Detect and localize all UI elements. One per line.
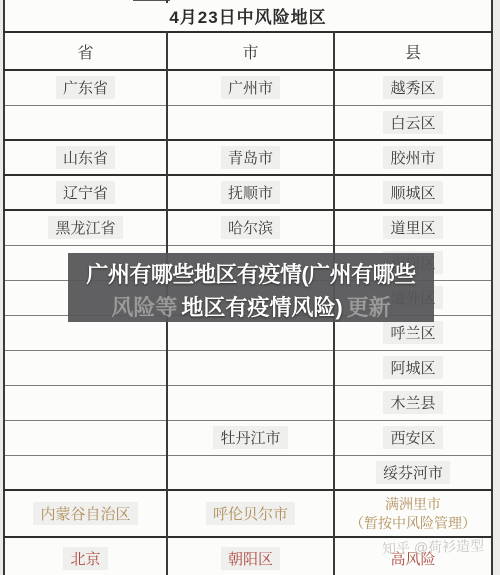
county-cell: 满洲里市 （暂按中风险管理）: [334, 490, 492, 537]
province-cell: [4, 105, 167, 140]
table-row: 白云区: [4, 105, 492, 140]
city-cell: 抚顺市: [167, 175, 334, 210]
background-watermark-left: 风险等: [111, 291, 177, 322]
headline-overlay: 广州有哪些地区有疫情(广州有哪些 风险等 地区有疫情风险) 更新: [68, 253, 434, 322]
county-cell: 越秀区: [334, 70, 492, 105]
province-cell: 黑龙江省: [4, 210, 167, 245]
city-cell: 青岛市: [167, 140, 334, 175]
table-title: 4月23日中风险地区: [4, 0, 492, 32]
headline-line2-text: 地区有疫情风险): [181, 291, 342, 322]
county-cell: 西安区: [334, 420, 492, 455]
county-cell: 阿城区: [334, 350, 492, 385]
city-cell: [167, 105, 334, 140]
table-row: 阿城区: [4, 350, 492, 385]
province-cell: 北京: [4, 537, 167, 575]
county-cell: 胶州市: [334, 140, 492, 175]
headline-line2: 风险等 地区有疫情风险) 更新: [68, 291, 434, 322]
county-cell: 顺城区: [334, 175, 492, 210]
county-cell: 木兰县: [334, 385, 492, 420]
column-header-province: 省: [4, 32, 167, 70]
city-cell: [167, 350, 334, 385]
city-cell: 呼伦贝尔市: [167, 490, 334, 537]
province-cell: [4, 455, 167, 490]
province-cell: 山东省: [4, 140, 167, 175]
province-cell: [4, 420, 167, 455]
city-cell: 广州市: [167, 70, 334, 105]
province-cell: 辽宁省: [4, 175, 167, 210]
column-header-county: 县: [334, 32, 492, 70]
table-row: 广东省 广州市 越秀区: [4, 70, 492, 105]
table-row: 内蒙谷自治区 呼伦贝尔市 满洲里市 （暂按中风险管理）: [4, 490, 492, 537]
cutoff-row-border: [133, 0, 170, 1]
province-cell: [4, 350, 167, 385]
table-row: 辽宁省 抚顺市 顺城区: [4, 175, 492, 210]
city-cell: [167, 385, 334, 420]
province-cell: 广东省: [4, 70, 167, 105]
county-cell: 绥芬河市: [334, 455, 492, 490]
column-header-city: 市: [167, 32, 334, 70]
table-row: 木兰县: [4, 385, 492, 420]
table-row: 绥芬河市: [4, 455, 492, 490]
table-row: 黑龙江省 哈尔滨 道里区: [4, 210, 492, 245]
province-cell: 内蒙谷自治区: [4, 490, 167, 537]
city-cell: [167, 455, 334, 490]
table-row: 牡丹江市 西安区: [4, 420, 492, 455]
table-row: 山东省 青岛市 胶州市: [4, 140, 492, 175]
city-cell: 朝阳区: [167, 537, 334, 575]
table-title-row: 4月23日中风险地区: [4, 0, 492, 32]
zhihu-watermark: 知乎 @荷衫造型: [382, 535, 485, 559]
city-cell: 哈尔滨: [167, 210, 334, 245]
county-cell: 白云区: [334, 105, 492, 140]
cutoff-column-divider: [166, 0, 168, 3]
headline-line1: 广州有哪些地区有疫情(广州有哪些: [68, 258, 434, 289]
county-cell: 道里区: [334, 210, 492, 245]
column-header-row: 省 市 县: [4, 32, 492, 70]
province-cell: [4, 385, 167, 420]
page-background: 4月23日中风险地区 省 市 县 广东省 广州市 越秀区 白云区 山东省 青岛市…: [0, 0, 500, 575]
city-cell: 牡丹江市: [167, 420, 334, 455]
background-watermark-right: 更新: [347, 291, 391, 322]
